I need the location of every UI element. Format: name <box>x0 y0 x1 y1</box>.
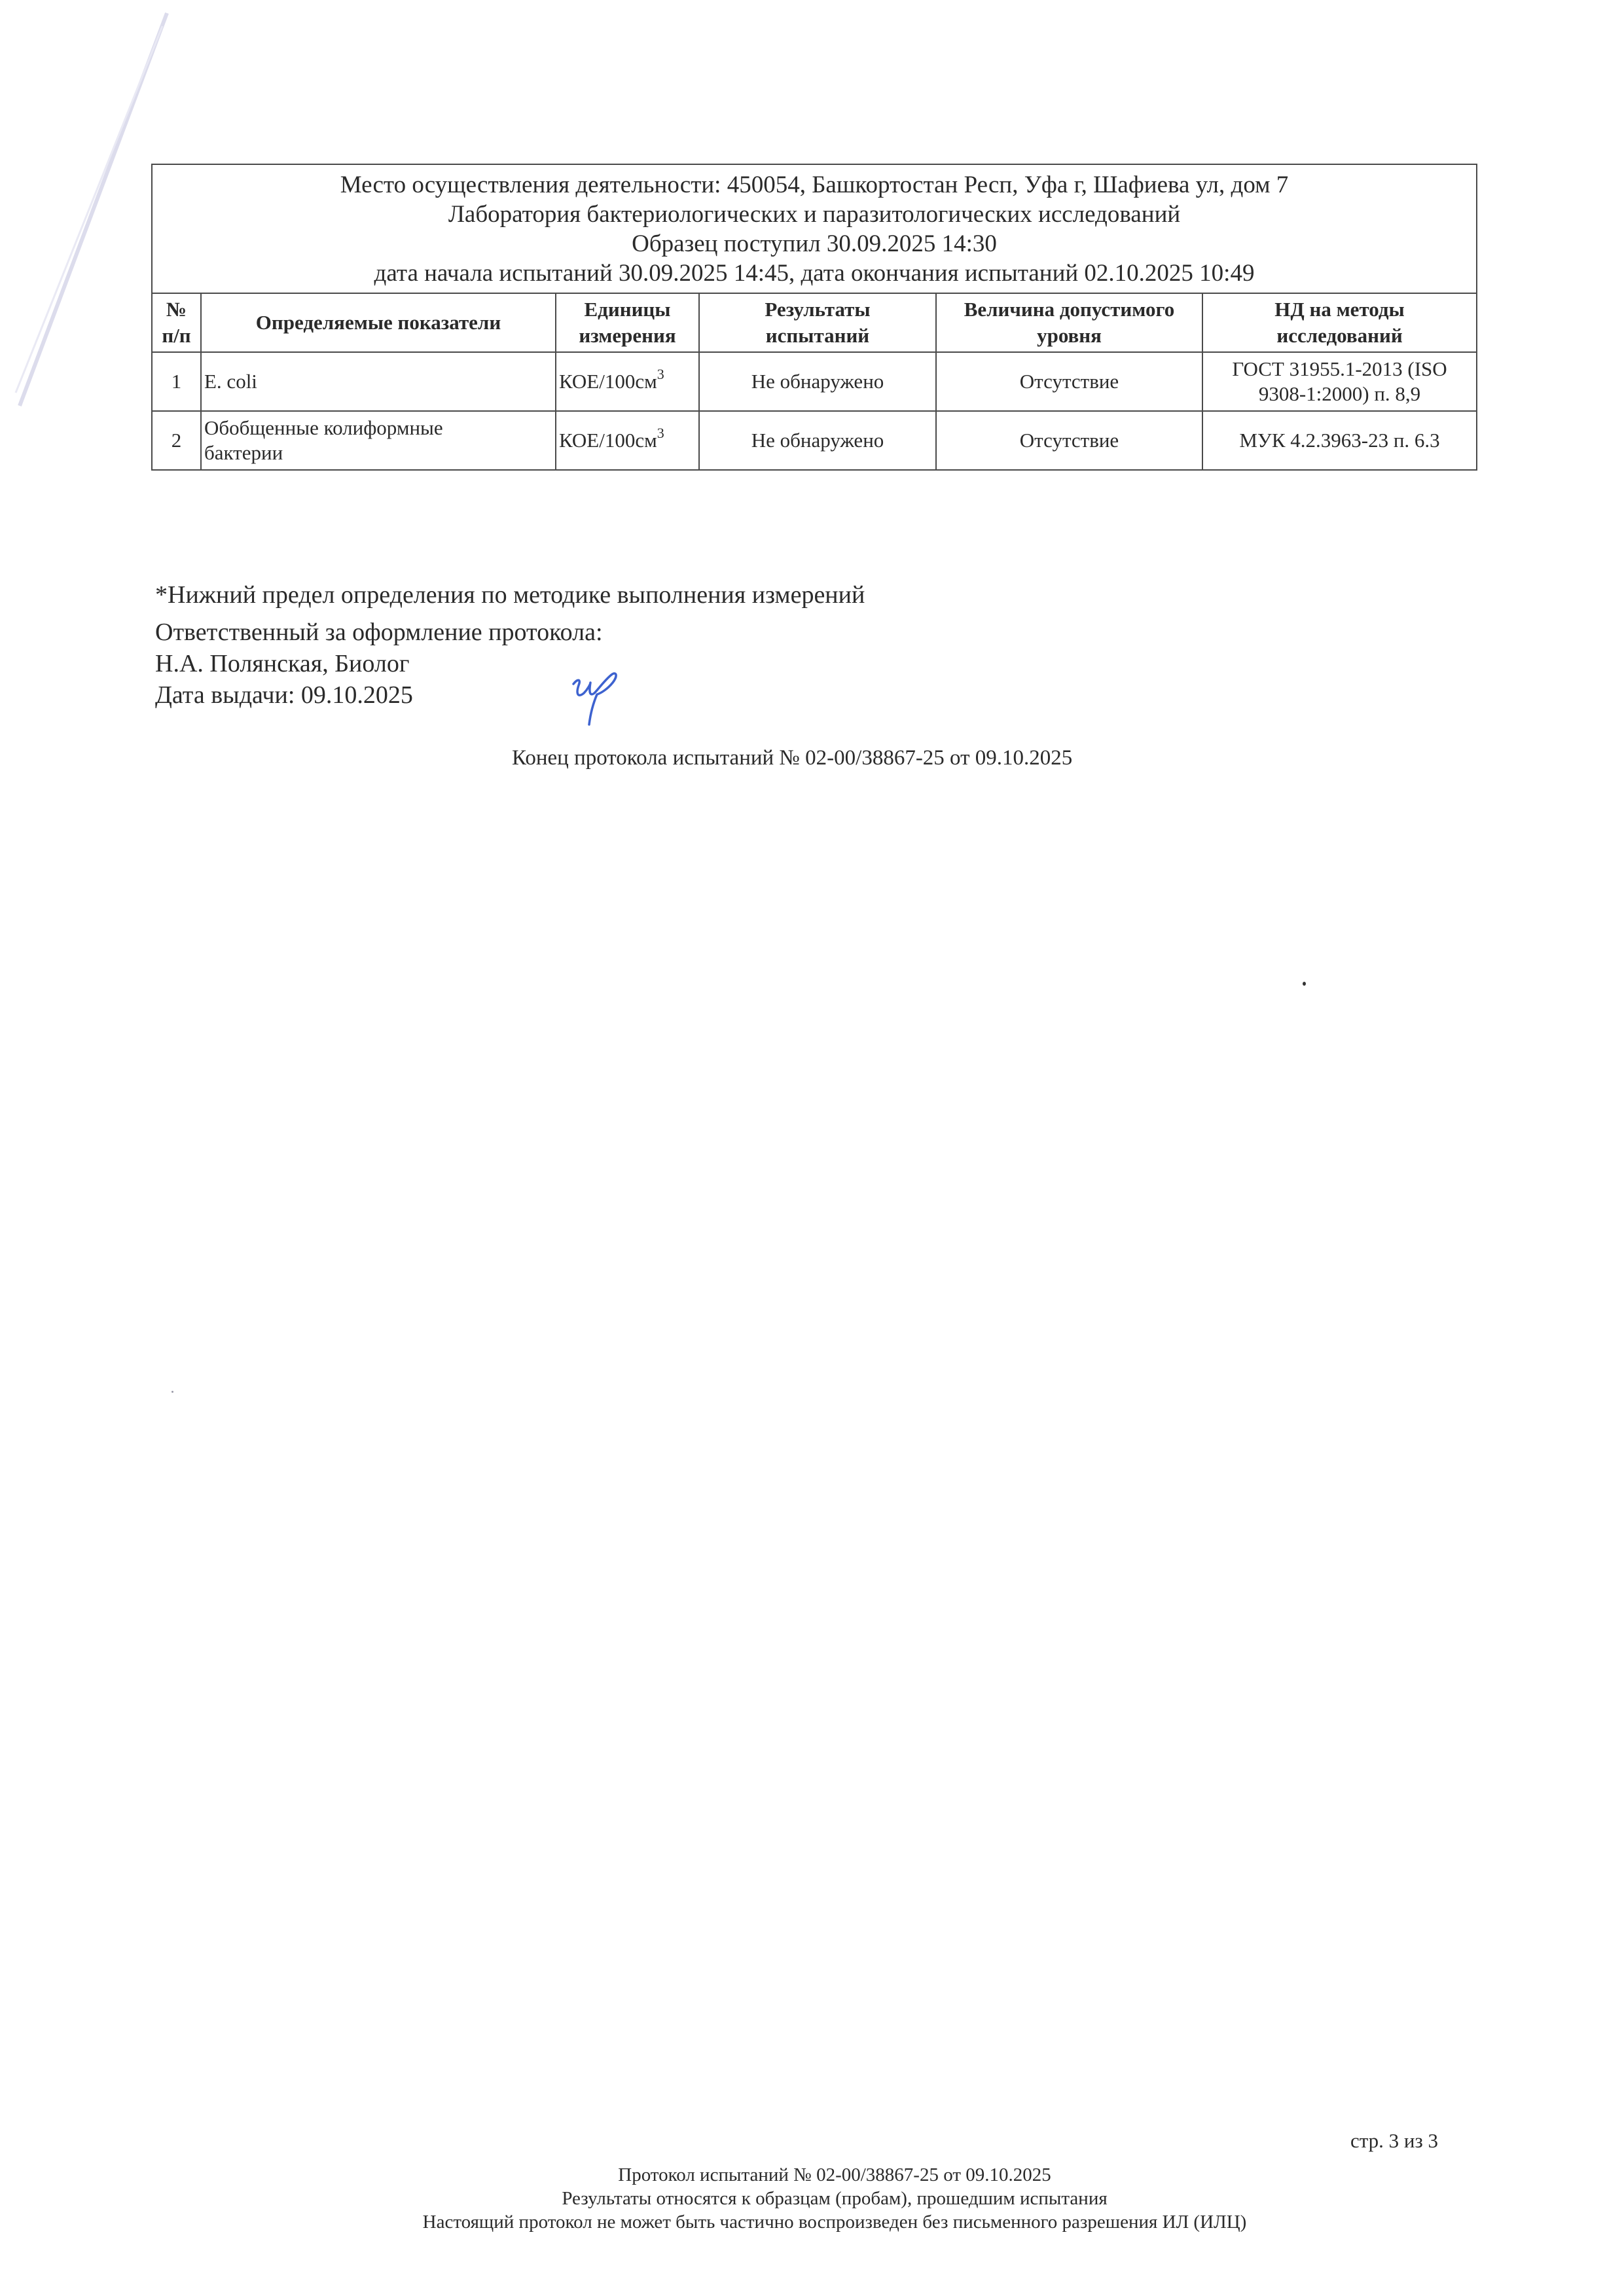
results-table: Место осуществления деятельности: 450054… <box>151 164 1477 471</box>
test-dates: дата начала испытаний 30.09.2025 14:45, … <box>155 259 1473 288</box>
signature-icon <box>564 664 630 730</box>
sample-info-header: Место осуществления деятельности: 450054… <box>152 164 1477 293</box>
col-result: Результатыиспытаний <box>699 293 936 352</box>
result: Не обнаружено <box>699 411 936 470</box>
sample-received: Образец поступил 30.09.2025 14:30 <box>155 229 1473 259</box>
issue-date: Дата выдачи: 09.10.2025 <box>155 679 603 711</box>
footer-copy-restriction: Настоящий протокол не может быть частичн… <box>0 2210 1624 2234</box>
table-row: 1 E. coli КОЕ/100см3 Не обнаружено Отсут… <box>152 352 1477 411</box>
row-number: 2 <box>152 411 201 470</box>
method: ГОСТ 31955.1-2013 (ISO9308-1:2000) п. 8,… <box>1202 352 1477 411</box>
table-row: 2 Обобщенные колиформныебактерии КОЕ/100… <box>152 411 1477 470</box>
unit: КОЕ/100см3 <box>556 352 699 411</box>
unit: КОЕ/100см3 <box>556 411 699 470</box>
allowed-level: Отсутствие <box>936 352 1202 411</box>
responsible-name: Н.А. Полянская, Биолог <box>155 648 603 679</box>
footnote: *Нижний предел определения по методике в… <box>155 581 865 609</box>
end-of-protocol: Конец протокола испытаний № 02-00/38867-… <box>512 746 1072 770</box>
indicator-name: E. coli <box>201 352 556 411</box>
laboratory-name: Лаборатория бактериологических и паразит… <box>155 200 1473 229</box>
allowed-level: Отсутствие <box>936 411 1202 470</box>
indicator-name: Обобщенные колиформныебактерии <box>201 411 556 470</box>
col-allowed-level: Величина допустимогоуровня <box>936 293 1202 352</box>
page-footer: Протокол испытаний № 02-00/38867-25 от 0… <box>0 2163 1624 2234</box>
col-unit: Единицыизмерения <box>556 293 699 352</box>
scan-speck <box>171 1391 173 1393</box>
col-number: №п/п <box>152 293 201 352</box>
col-method: НД на методыисследований <box>1202 293 1477 352</box>
table-header-row: №п/п Определяемые показатели Единицыизме… <box>152 293 1477 352</box>
footer-results-note: Результаты относятся к образцам (пробам)… <box>0 2187 1624 2210</box>
method: МУК 4.2.3963-23 п. 6.3 <box>1202 411 1477 470</box>
responsible-label: Ответственный за оформление протокола: <box>155 617 603 648</box>
footer-protocol-number: Протокол испытаний № 02-00/38867-25 от 0… <box>0 2163 1624 2187</box>
scan-speck <box>1303 982 1306 986</box>
result: Не обнаружено <box>699 352 936 411</box>
activity-location: Место осуществления деятельности: 450054… <box>155 170 1473 200</box>
row-number: 1 <box>152 352 201 411</box>
responsible-block: Ответственный за оформление протокола: Н… <box>155 617 603 711</box>
col-indicator: Определяемые показатели <box>201 293 556 352</box>
page-number: стр. 3 из 3 <box>1350 2129 1438 2153</box>
